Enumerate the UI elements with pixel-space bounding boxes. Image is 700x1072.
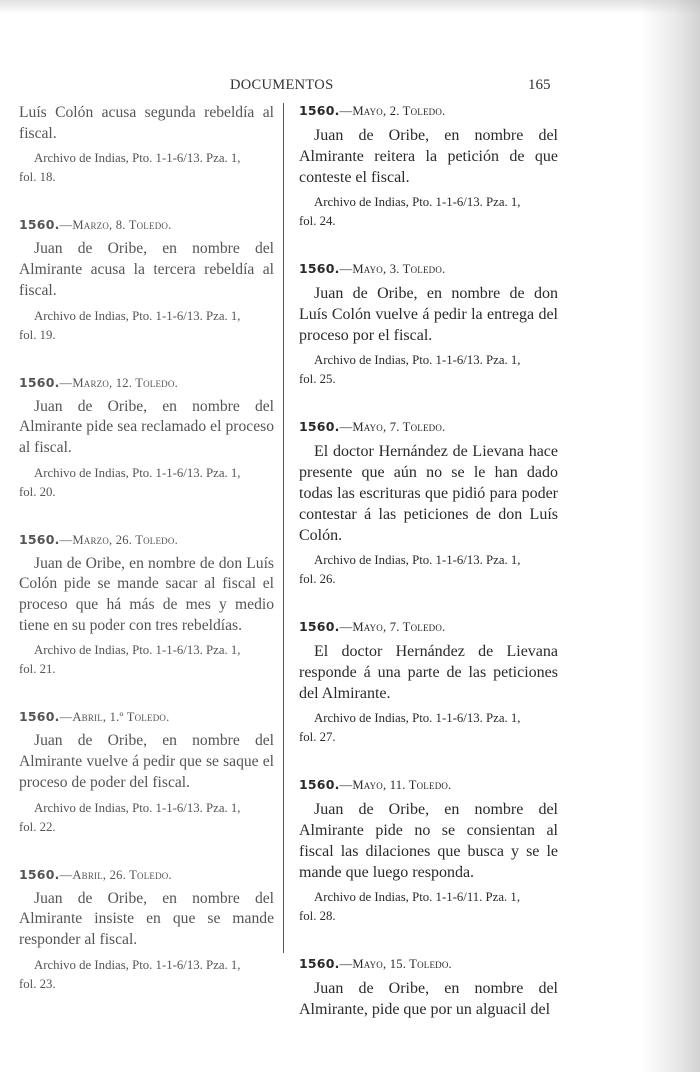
- entry: 1560.—Mayo, 11. Toledo. Juan de Oribe, e…: [299, 777, 558, 926]
- entry-year: 1560.: [299, 261, 340, 276]
- entry-date: —Abril, 26. Toledo.: [60, 868, 172, 882]
- entry-folio: fol. 19.: [19, 326, 274, 345]
- entry-heading: 1560.—Mayo, 7. Toledo.: [299, 419, 558, 435]
- entry-heading: 1560.—Mayo, 11. Toledo.: [299, 777, 558, 793]
- entry-source: Archivo de Indias, Pto. 1-1-6/13. Pza. 1…: [19, 799, 274, 818]
- entry-date: —Abril, 1.º Toledo.: [60, 710, 170, 724]
- entry-text: Juan de Oribe, en nombre del Almirante p…: [299, 799, 558, 883]
- entry-text: Juan de Oribe, en nombre del Almirante v…: [19, 731, 274, 793]
- entry: 1560.—Abril, 1.º Toledo. Juan de Oribe, …: [19, 709, 274, 836]
- entry-folio: fol. 28.: [299, 907, 558, 926]
- entry-source: Archivo de Indias, Pto. 1-1-6/13. Pza. 1…: [299, 709, 558, 728]
- entry-date: —Mayo, 3. Toledo.: [340, 262, 446, 276]
- entry-heading: 1560.—Abril, 26. Toledo.: [19, 867, 274, 883]
- entry-source: Archivo de Indias, Pto. 1-1-6/13. Pza. 1…: [299, 193, 558, 212]
- entry-folio: fol. 21.: [19, 660, 274, 679]
- entry: 1560.—Marzo, 8. Toledo. Juan de Oribe, e…: [19, 217, 274, 344]
- entry: 1560.—Marzo, 12. Toledo. Juan de Oribe, …: [19, 375, 274, 502]
- entry-heading: 1560.—Marzo, 12. Toledo.: [19, 375, 274, 391]
- scan-shading-right: [640, 0, 700, 1072]
- page-number: 165: [528, 77, 551, 94]
- entry-source: Archivo de Indias, Pto. 1-1-6/11. Pza. 1…: [299, 888, 558, 907]
- entry: 1560.—Mayo, 7. Toledo. El doctor Hernánd…: [299, 619, 558, 747]
- entry-folio: fol. 24.: [299, 212, 558, 231]
- entry-year: 1560.: [299, 777, 340, 792]
- entry-source: Archivo de Indias, Pto. 1-1-6/13. Pza. 1…: [299, 551, 558, 570]
- entry-year: 1560.: [299, 619, 340, 634]
- entry-source: Archivo de Indias, Pto. 1-1-6/13. Pza. 1…: [19, 307, 274, 326]
- entry-text: Juan de Oribe, en nombre de don Luís Col…: [299, 283, 558, 346]
- entry-folio: fol. 26.: [299, 570, 558, 589]
- entry-date: —Marzo, 8. Toledo.: [60, 218, 172, 232]
- entry-folio: fol. 23.: [19, 975, 274, 994]
- entry-text: Juan de Oribe, en nombre del Almirante r…: [299, 125, 558, 188]
- entry-source: Archivo de Indias, Pto. 1-1-6/13. Pza. 1…: [19, 641, 274, 660]
- entry-year: 1560.: [19, 375, 60, 390]
- left-column: Luís Colón acusa segunda rebeldía al fis…: [19, 103, 274, 994]
- entry-heading: 1560.—Mayo, 15. Toledo.: [299, 956, 558, 972]
- continuation-entry: Luís Colón acusa segunda rebeldía al fis…: [19, 103, 274, 187]
- page-header: DOCUMENTOS 165: [0, 77, 700, 97]
- entry-folio: fol. 20.: [19, 483, 274, 502]
- entry-heading: 1560.—Marzo, 8. Toledo.: [19, 217, 274, 233]
- entry-date: —Marzo, 26. Toledo.: [60, 533, 178, 547]
- entry-date: —Mayo, 7. Toledo.: [340, 620, 446, 634]
- entry-source: Archivo de Indias, Pto. 1-1-6/13. Pza. 1…: [299, 351, 558, 370]
- entry-source: Archivo de Indias, Pto. 1-1-6/13. Pza. 1…: [19, 464, 274, 483]
- entry-heading: 1560.—Marzo, 26. Toledo.: [19, 532, 274, 548]
- column-divider: [283, 103, 284, 953]
- entry: 1560.—Mayo, 3. Toledo. Juan de Oribe, en…: [299, 261, 558, 389]
- running-title: DOCUMENTOS: [230, 77, 333, 94]
- entry-year: 1560.: [299, 419, 340, 434]
- entry: 1560.—Marzo, 26. Toledo. Juan de Oribe, …: [19, 532, 274, 680]
- entry-year: 1560.: [19, 532, 60, 547]
- entry: 1560.—Mayo, 2. Toledo. Juan de Oribe, en…: [299, 103, 558, 231]
- entry-year: 1560.: [299, 956, 340, 971]
- entry-text: El doctor Hernández de Lievana responde …: [299, 641, 558, 704]
- entry-heading: 1560.—Mayo, 7. Toledo.: [299, 619, 558, 635]
- entry: 1560.—Abril, 26. Toledo. Juan de Oribe, …: [19, 867, 274, 994]
- entry-date: —Mayo, 15. Toledo.: [340, 957, 452, 971]
- entry-year: 1560.: [299, 103, 340, 118]
- entry-folio: fol. 22.: [19, 818, 274, 837]
- entry-year: 1560.: [19, 709, 60, 724]
- entry-text: Juan de Oribe, en nombre de don Luís Col…: [19, 554, 274, 637]
- entry-date: —Marzo, 12. Toledo.: [60, 376, 178, 390]
- entry: 1560.—Mayo, 15. Toledo. Juan de Oribe, e…: [299, 956, 558, 1020]
- entry-text: Juan de Oribe, en nombre del Almirante a…: [19, 239, 274, 301]
- entry-year: 1560.: [19, 867, 60, 882]
- entry: 1560.—Mayo, 7. Toledo. El doctor Hernánd…: [299, 419, 558, 589]
- entry-date: —Mayo, 2. Toledo.: [340, 104, 446, 118]
- entry-date: —Mayo, 11. Toledo.: [340, 778, 452, 792]
- entry-folio: fol. 18.: [19, 168, 274, 187]
- entry-folio: fol. 25.: [299, 370, 558, 389]
- entry-heading: 1560.—Mayo, 3. Toledo.: [299, 261, 558, 277]
- entry-folio: fol. 27.: [299, 728, 558, 747]
- scan-shading-top: [0, 0, 700, 14]
- entry-text: Juan de Oribe, en nombre del Almirante i…: [19, 889, 274, 951]
- entry-text: Juan de Oribe, en nombre del Almirante, …: [299, 978, 558, 1020]
- entry-date: —Mayo, 7. Toledo.: [340, 420, 446, 434]
- entry-source: Archivo de Indias, Pto. 1-1-6/13. Pza. 1…: [19, 149, 274, 168]
- entry-text: El doctor Hernández de Lievana hace pres…: [299, 441, 558, 546]
- entry-text: Luís Colón acusa segunda rebeldía al fis…: [19, 103, 274, 144]
- right-column: 1560.—Mayo, 2. Toledo. Juan de Oribe, en…: [299, 103, 558, 1020]
- entry-year: 1560.: [19, 217, 60, 232]
- entry-source: Archivo de Indias, Pto. 1-1-6/13. Pza. 1…: [19, 956, 274, 975]
- entry-text: Juan de Oribe, en nombre del Almirante p…: [19, 397, 274, 459]
- entry-heading: 1560.—Abril, 1.º Toledo.: [19, 709, 274, 725]
- entry-heading: 1560.—Mayo, 2. Toledo.: [299, 103, 558, 119]
